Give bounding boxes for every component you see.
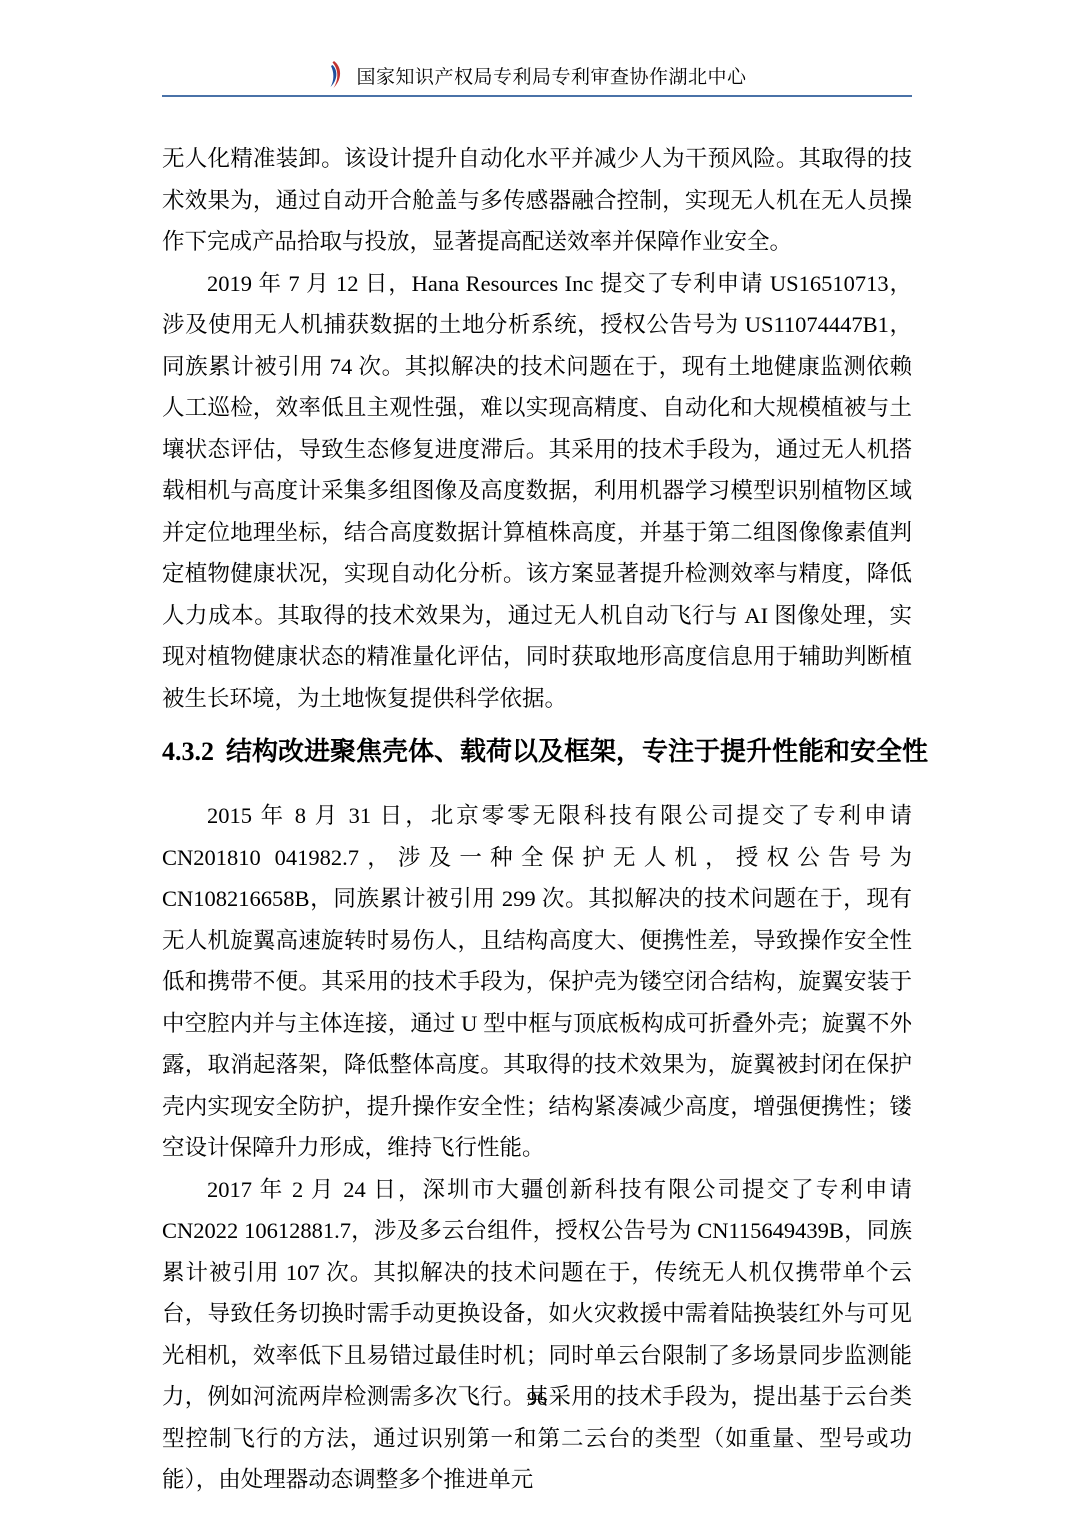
header-title: 国家知识产权局专利局专利审查协作湖北中心 — [356, 62, 746, 89]
document-page: 国家知识产权局专利局专利审查协作湖北中心 无人化精准装卸。该设计提升自动化水平并… — [0, 0, 1074, 1520]
page-number: 96 — [527, 1388, 547, 1410]
page-header: 国家知识产权局专利局专利审查协作湖北中心 — [162, 0, 912, 97]
paragraph-patent-cn202210612881: 2017 年 2 月 24 日，深圳市大疆创新科技有限公司提交了专利申请 CN2… — [162, 1169, 912, 1501]
section-heading-number: 4.3.2 — [162, 737, 214, 766]
swoosh-logo-icon — [327, 60, 347, 90]
paragraph-patent-cn201810041982: 2015 年 8 月 31 日，北京零零无限科技有限公司提交了专利申请 CN20… — [162, 795, 912, 1169]
page-footer: 96 — [0, 1388, 1074, 1411]
section-heading-text: 结构改进聚焦壳体、载荷以及框架，专注于提升性能和安全性 — [226, 736, 928, 766]
section-heading-4-3-2: 4.3.2结构改进聚焦壳体、载荷以及框架，专注于提升性能和安全性 — [162, 731, 912, 772]
document-body: 无人化精准装卸。该设计提升自动化水平并减少人为干预风险。其取得的技术效果为，通过… — [162, 138, 912, 1501]
paragraph-patent-us16510713: 2019 年 7 月 12 日，Hana Resources Inc 提交了专利… — [162, 263, 912, 720]
paragraph-continuation: 无人化精准装卸。该设计提升自动化水平并减少人为干预风险。其取得的技术效果为，通过… — [162, 138, 912, 263]
